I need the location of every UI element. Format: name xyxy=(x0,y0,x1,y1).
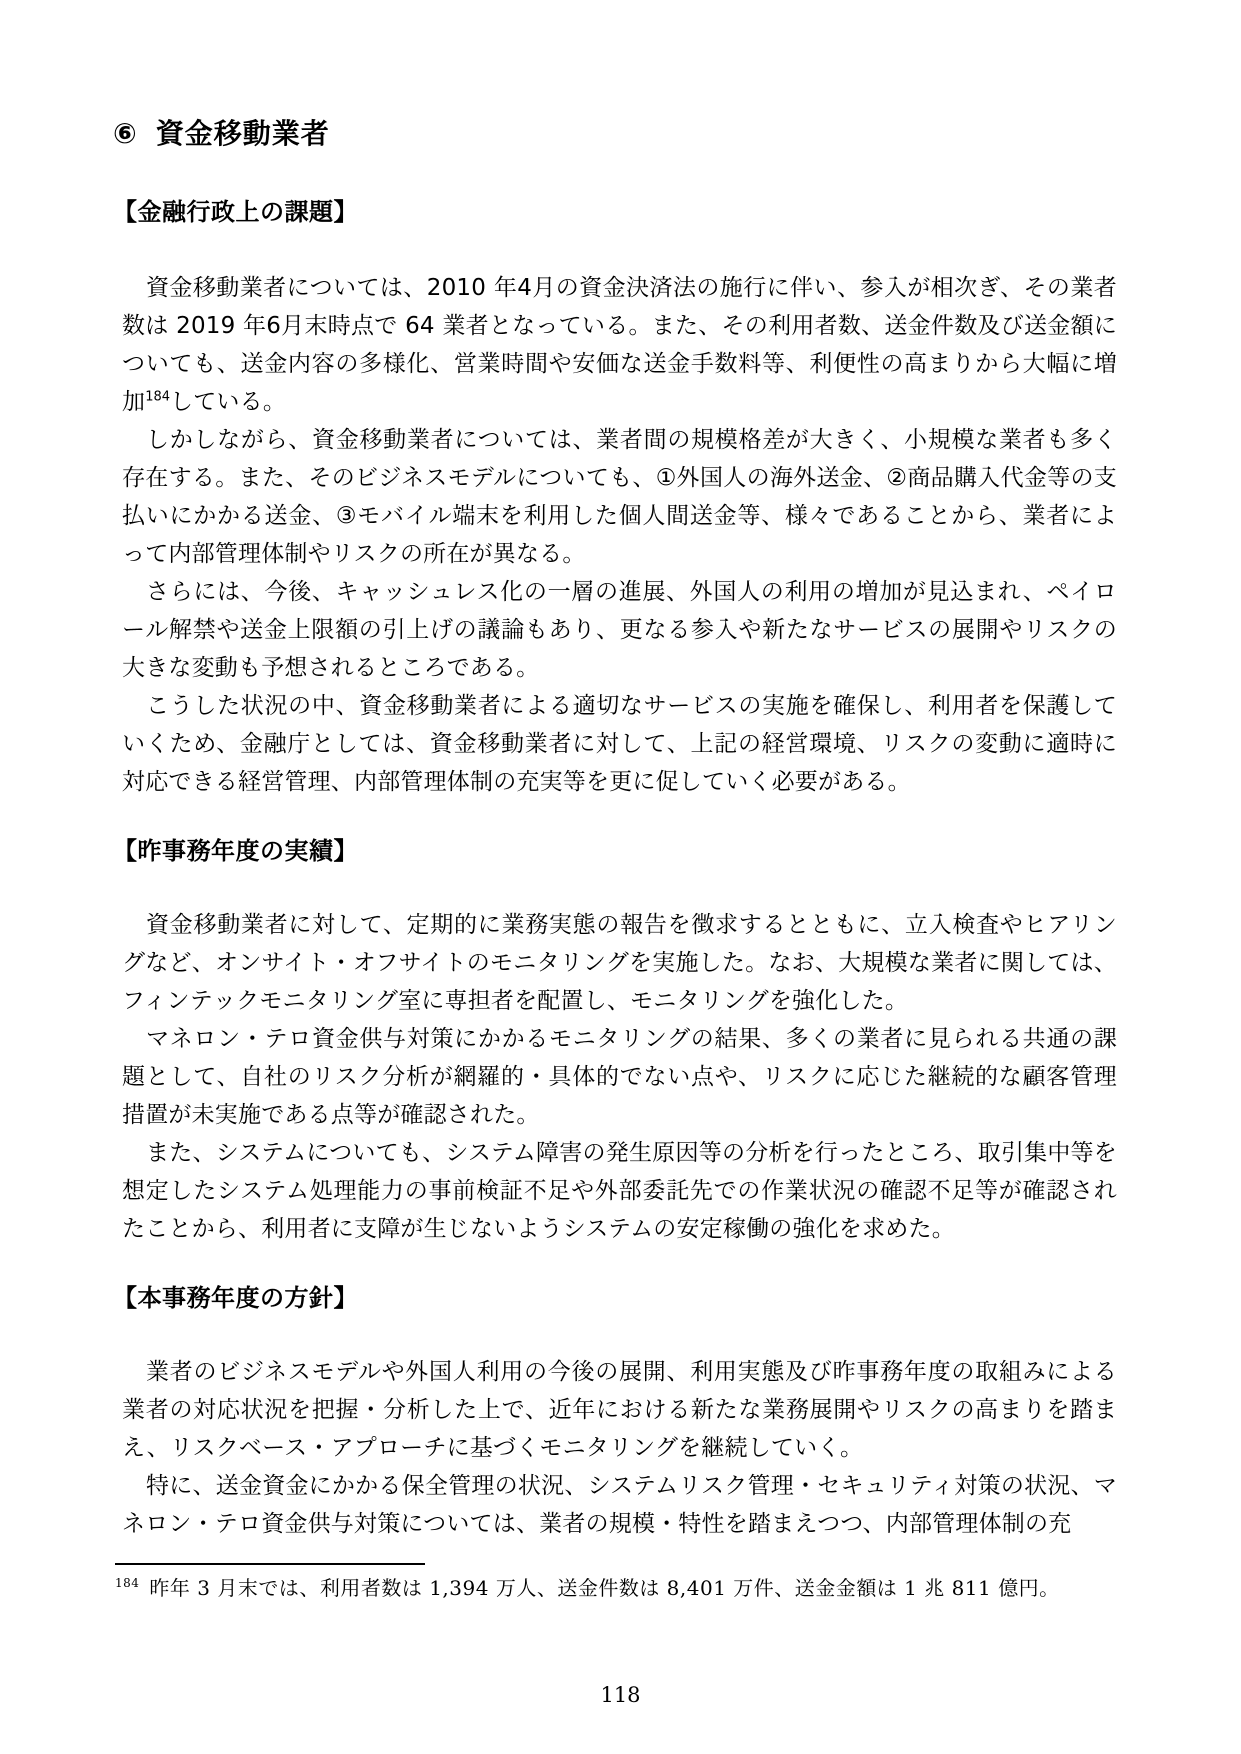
footnote-reference: 184 xyxy=(145,389,170,404)
paragraph: こうした状況の中、資金移動業者による適切なサービスの実施を確保し、利用者を保護し… xyxy=(122,687,1117,801)
paragraph-text: しかしながら、資金移動業者については、業者間の規模格差が大きく、小規模な業者も多… xyxy=(122,427,1117,567)
paragraph: しかしながら、資金移動業者については、業者間の規模格差が大きく、小規模な業者も多… xyxy=(122,421,1117,573)
document-page: ⑥ 資金移動業者 【金融行政上の課題】 資金移動業者については、2010 年4月… xyxy=(0,0,1241,1754)
page-number: 118 xyxy=(0,1683,1241,1707)
paragraph-text: こうした状況の中、資金移動業者による適切なサービスの実施を確保し、利用者を保護し… xyxy=(122,693,1117,795)
paragraph: さらには、今後、キャッシュレス化の一層の進展、外国人の利用の増加が見込まれ、ペイ… xyxy=(122,573,1117,687)
paragraph-text: マネロン・テロ資金供与対策にかかるモニタリングの結果、多くの業者に見られる共通の… xyxy=(122,1026,1117,1128)
section-body-last-year-results: 資金移動業者に対して、定期的に業務実態の報告を徴求するとともに、立入検査やヒアリ… xyxy=(113,906,1117,1248)
section-heading-this-year-policy: 【本事務年度の方針】 xyxy=(113,1278,1117,1313)
section-body-this-year-policy: 業者のビジネスモデルや外国人利用の今後の展開、利用実態及び昨事務年度の取組みによ… xyxy=(113,1353,1117,1543)
paragraph: 資金移動業者については、2010 年4月の資金決済法の施行に伴い、参入が相次ぎ、… xyxy=(122,269,1117,421)
paragraph: また、システムについても、システム障害の発生原因等の分析を行ったところ、取引集中… xyxy=(122,1134,1117,1248)
section-body-administrative-issues: 資金移動業者については、2010 年4月の資金決済法の施行に伴い、参入が相次ぎ、… xyxy=(113,269,1117,801)
paragraph-text: さらには、今後、キャッシュレス化の一層の進展、外国人の利用の増加が見込まれ、ペイ… xyxy=(122,579,1117,681)
paragraph-text: している。 xyxy=(170,389,286,415)
paragraph-text: 資金移動業者に対して、定期的に業務実態の報告を徴求するとともに、立入検査やヒアリ… xyxy=(122,912,1117,1014)
page-title: ⑥ 資金移動業者 xyxy=(113,0,1117,152)
paragraph-text: 業者のビジネスモデルや外国人利用の今後の展開、利用実態及び昨事務年度の取組みによ… xyxy=(122,1359,1117,1461)
paragraph: 業者のビジネスモデルや外国人利用の今後の展開、利用実態及び昨事務年度の取組みによ… xyxy=(122,1353,1117,1467)
paragraph-text: 特に、送金資金にかかる保全管理の状況、システムリスク管理・セキュリティ対策の状況… xyxy=(122,1473,1117,1537)
footnote-marker: 184 xyxy=(115,1576,139,1590)
section-heading-administrative-issues: 【金融行政上の課題】 xyxy=(113,192,1117,227)
footnote-text: 昨年 3 月末では、利用者数は 1,394 万人、送金件数は 8,401 万件、… xyxy=(149,1576,1059,1600)
footnote-divider xyxy=(115,1563,425,1565)
footnote: 184昨年 3 月末では、利用者数は 1,394 万人、送金件数は 8,401 … xyxy=(113,1573,1117,1603)
paragraph: マネロン・テロ資金供与対策にかかるモニタリングの結果、多くの業者に見られる共通の… xyxy=(122,1020,1117,1134)
paragraph: 特に、送金資金にかかる保全管理の状況、システムリスク管理・セキュリティ対策の状況… xyxy=(122,1467,1117,1543)
paragraph-text: また、システムについても、システム障害の発生原因等の分析を行ったところ、取引集中… xyxy=(122,1140,1117,1242)
paragraph: 資金移動業者に対して、定期的に業務実態の報告を徴求するとともに、立入検査やヒアリ… xyxy=(122,906,1117,1020)
title-text: 資金移動業者 xyxy=(156,112,330,152)
title-number: ⑥ xyxy=(113,117,138,150)
section-heading-last-year-results: 【昨事務年度の実績】 xyxy=(113,831,1117,866)
